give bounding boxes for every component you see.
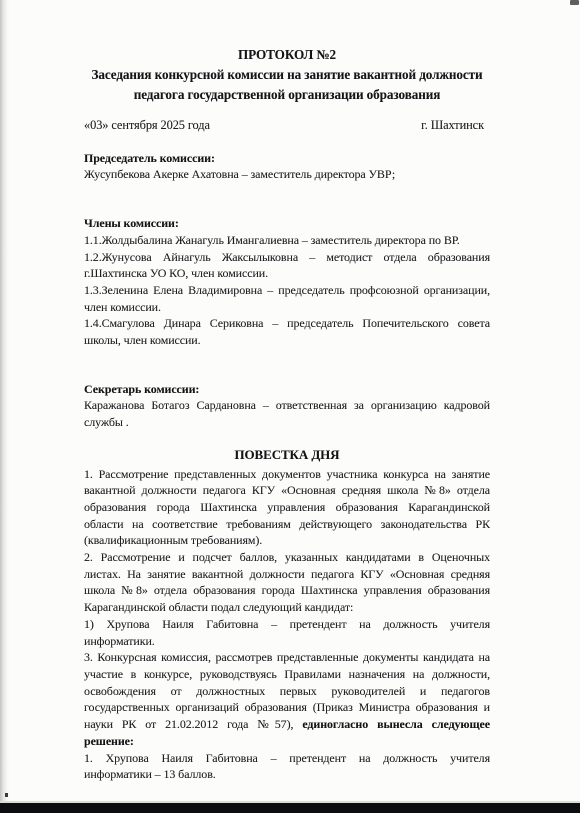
text-run: Карагандинской области подал следующий к… xyxy=(84,600,353,614)
text-line: службы . xyxy=(84,414,490,431)
text-line: 1.1.Жолдыбалина Жанагуль Имангалиевна – … xyxy=(84,232,490,249)
text-line: г.Шахтинска УО КО, член комиссии. xyxy=(84,265,490,282)
paragraph: 3. Конкурсная комиссия, рассмотрев предс… xyxy=(84,649,490,749)
text-line: образования города Шахтинска управления … xyxy=(84,499,490,516)
text-run: 1.2.Жунусова Айнагуль Жаксылыковна – мет… xyxy=(84,250,490,264)
text-line: член комиссии. xyxy=(84,299,490,316)
text-run: Каражанова Ботагоз Сардановна – ответств… xyxy=(84,398,490,412)
text-run: член комиссии. xyxy=(84,300,161,314)
text-line: 3. Конкурсная комиссия, рассмотрев предс… xyxy=(84,649,490,666)
document-page: ПРОТОКОЛ №2 Заседания конкурсной комисси… xyxy=(0,0,580,813)
text-run: вакантной должности педагога КГУ «Основн… xyxy=(84,483,490,497)
paragraph: 2. Рассмотрение и подсчет баллов, указан… xyxy=(84,549,490,616)
text-line: 1) Хрупова Наиля Габитовна – претендент … xyxy=(84,616,490,633)
text-line: 2. Рассмотрение и подсчет баллов, указан… xyxy=(84,549,490,566)
paragraph: Каражанова Ботагоз Сардановна – ответств… xyxy=(84,397,490,430)
text-run: информатики. xyxy=(84,634,155,648)
paragraph: 1) Хрупова Наиля Габитовна – претендент … xyxy=(84,616,490,649)
text-run: 1.1.Жолдыбалина Жанагуль Имангалиевна – … xyxy=(84,233,460,247)
agenda-heading: ПОВЕСТКА ДНЯ xyxy=(84,447,490,464)
title-line-subtitle-2: педагога государственной организации обр… xyxy=(84,85,490,105)
bold-text-run: решение: xyxy=(84,734,134,748)
section-heading: Секретарь комиссии: xyxy=(84,381,490,398)
section-heading: Члены комиссии: xyxy=(84,215,490,232)
text-line: (квалификационным требованиям). xyxy=(84,532,490,549)
scan-edge-artifact xyxy=(0,0,9,813)
date-row: «03» сентября 2025 года г. Шахтинск xyxy=(84,117,490,134)
text-line: листах. На занятие вакантной должности п… xyxy=(84,566,490,583)
document-content: ПРОТОКОЛ №2 Заседания конкурсной комисси… xyxy=(84,0,490,783)
scan-speck xyxy=(5,793,8,797)
document-date: «03» сентября 2025 года xyxy=(84,117,210,134)
blank-line xyxy=(84,349,490,365)
text-line: информатики. xyxy=(84,633,490,650)
text-line: 1. Рассмотрение представленных документо… xyxy=(84,466,490,483)
title-line-protocol: ПРОТОКОЛ №2 xyxy=(84,45,490,65)
paragraph: 1.2.Жунусова Айнагуль Жаксылыковна – мет… xyxy=(84,249,490,282)
text-line: 1.3.Зеленина Елена Владимировна – предсе… xyxy=(84,282,490,299)
text-run: Жусупбекова Акерке Ахатовна – заместител… xyxy=(84,167,395,181)
text-line: 1.2.Жунусова Айнагуль Жаксылыковна – мет… xyxy=(84,249,490,266)
text-line: Карагандинской области подал следующий к… xyxy=(84,599,490,616)
text-line: решение: xyxy=(84,733,490,750)
text-run: 2. Рассмотрение и подсчет баллов, указан… xyxy=(84,550,490,564)
text-line: 1.4.Смагулова Динара Сериковна – председ… xyxy=(84,315,490,332)
text-line: школы, член комиссии. xyxy=(84,332,490,349)
document-city: г. Шахтинск xyxy=(421,117,484,134)
text-run: листах. На занятие вакантной должности п… xyxy=(84,567,490,581)
text-run: освобождения от должностных первых руков… xyxy=(84,684,490,698)
text-run: 3. Конкурсная комиссия, рассмотрев предс… xyxy=(84,650,490,664)
text-run: службы . xyxy=(84,415,129,429)
text-run: 1) Хрупова Наиля Габитовна – претендент … xyxy=(84,617,490,631)
paragraph: 1. Рассмотрение представленных документо… xyxy=(84,466,490,550)
text-run: г.Шахтинска УО КО, член комиссии. xyxy=(84,266,268,280)
text-line: Каражанова Ботагоз Сардановна – ответств… xyxy=(84,397,490,414)
text-run: школы, член комиссии. xyxy=(84,333,201,347)
bold-text-run: единогласно вынесла следующее xyxy=(302,717,490,731)
text-run: 1. Хрупова Наиля Габитовна – претендент … xyxy=(84,751,490,765)
paragraph: 1.1.Жолдыбалина Жанагуль Имангалиевна – … xyxy=(84,232,490,249)
text-run: 1. Рассмотрение представленных документо… xyxy=(84,467,490,481)
text-line: освобождения от должностных первых руков… xyxy=(84,683,490,700)
text-line: вакантной должности педагога КГУ «Основн… xyxy=(84,482,490,499)
text-line: школа №8» отдела образования города Шахт… xyxy=(84,582,490,599)
text-run: государственных организаций образования … xyxy=(84,700,490,714)
text-line: государственных организаций образования … xyxy=(84,699,490,716)
text-run: образования города Шахтинска управления … xyxy=(84,500,490,514)
text-run: (квалификационным требованиям). xyxy=(84,533,262,547)
text-run: 1.4.Смагулова Динара Сериковна – председ… xyxy=(84,316,490,330)
document-title: ПРОТОКОЛ №2 Заседания конкурсной комисси… xyxy=(84,45,490,105)
section-heading: Председатель комиссии: xyxy=(84,150,490,167)
text-run: 1.3.Зеленина Елена Владимировна – предсе… xyxy=(84,283,490,297)
paragraph: Жусупбекова Акерке Ахатовна – заместител… xyxy=(84,166,490,183)
text-line: 1. Хрупова Наиля Габитовна – претендент … xyxy=(84,750,490,767)
text-line: науки РК от 21.02.2012 года №57), единог… xyxy=(84,716,490,733)
paragraph: 1.3.Зеленина Елена Владимировна – предсе… xyxy=(84,282,490,315)
paragraph: 1.4.Смагулова Динара Сериковна – председ… xyxy=(84,315,490,348)
scanner-bottom-bar xyxy=(0,803,580,813)
text-line: участие в конкурсе, руководствуясь Прави… xyxy=(84,666,490,683)
text-run: науки РК от 21.02.2012 года №57), xyxy=(84,717,302,731)
text-line: информатики – 13 баллов. xyxy=(84,766,490,783)
title-line-subtitle-1: Заседания конкурсной комиссии на занятие… xyxy=(84,65,490,85)
paragraph: 1. Хрупова Наиля Габитовна – претендент … xyxy=(84,750,490,783)
document-body: Председатель комиссии:Жусупбекова Акерке… xyxy=(84,150,490,783)
corner-scan-mark xyxy=(570,0,579,5)
text-run: школа №8» отдела образования города Шахт… xyxy=(84,583,490,597)
blank-line xyxy=(84,183,490,199)
text-run: информатики – 13 баллов. xyxy=(84,767,216,781)
text-line: Жусупбекова Акерке Ахатовна – заместител… xyxy=(84,166,490,183)
text-line: области на соответствие требованиям дейс… xyxy=(84,516,490,533)
text-run: области на соответствие требованиям дейс… xyxy=(84,517,490,531)
text-run: участие в конкурсе, руководствуясь Прави… xyxy=(84,667,490,681)
